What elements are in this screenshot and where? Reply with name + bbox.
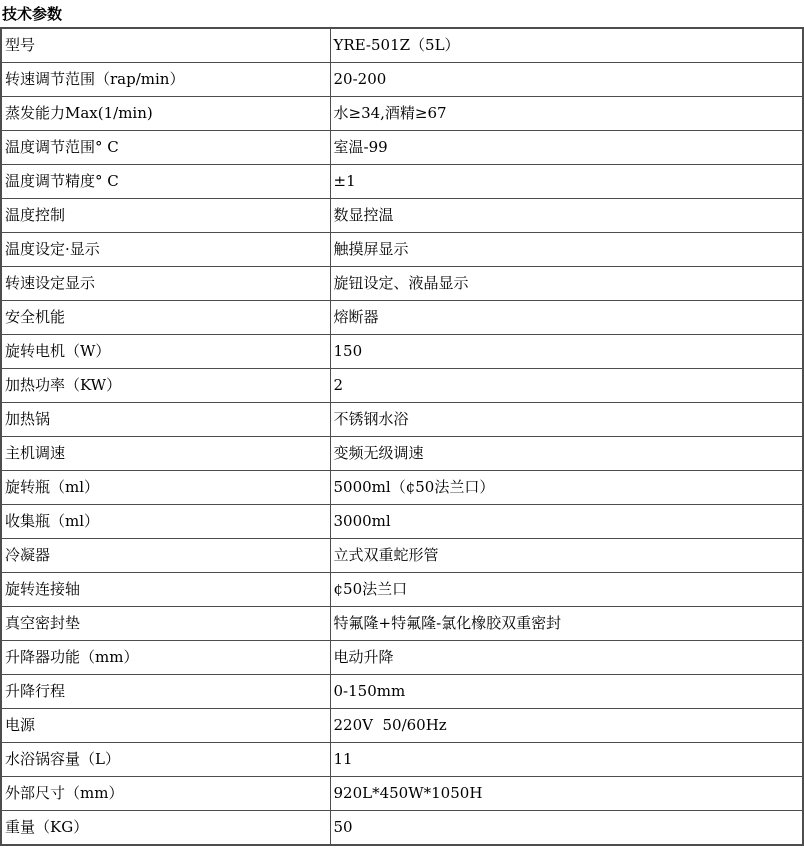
table-row: 转速设定显示旋钮设定、液晶显示 xyxy=(1,267,803,301)
table-row: 安全机能熔断器 xyxy=(1,301,803,335)
param-value: 触摸屏显示 xyxy=(330,233,803,267)
table-row: 蒸发能力Max(1/min)水≥34,酒精≥67 xyxy=(1,97,803,131)
param-label: 温度控制 xyxy=(1,199,330,233)
param-value: 旋钮设定、液晶显示 xyxy=(330,267,803,301)
table-row: 温度设定·显示触摸屏显示 xyxy=(1,233,803,267)
param-label: 温度调节范围° C xyxy=(1,131,330,165)
param-value: 变频无级调速 xyxy=(330,437,803,471)
table-row: 转速调节范围（rap/min）20-200 xyxy=(1,63,803,97)
param-value: 20-200 xyxy=(330,63,803,97)
param-value: 电动升降 xyxy=(330,641,803,675)
table-row: 主机调速变频无级调速 xyxy=(1,437,803,471)
param-label: 旋转连接轴 xyxy=(1,573,330,607)
param-value: 0-150mm xyxy=(330,675,803,709)
param-label: 温度设定·显示 xyxy=(1,233,330,267)
table-row: 真空密封垫特氟隆+特氟隆-氯化橡胶双重密封 xyxy=(1,607,803,641)
table-row: 旋转电机（W）150 xyxy=(1,335,803,369)
table-row: 旋转连接轴¢50法兰口 xyxy=(1,573,803,607)
page-title: 技术参数 xyxy=(2,5,804,23)
param-value: 220V 50/60Hz xyxy=(330,709,803,743)
param-label: 重量（KG） xyxy=(1,811,330,846)
param-value: 不锈钢水浴 xyxy=(330,403,803,437)
table-row: 旋转瓶（ml）5000ml（¢50法兰口） xyxy=(1,471,803,505)
table-row: 温度调节精度° C±1 xyxy=(1,165,803,199)
spec-table: 型号YRE-501Z（5L）转速调节范围（rap/min）20-200蒸发能力M… xyxy=(0,27,804,846)
param-value: 立式双重蛇形管 xyxy=(330,539,803,573)
table-row: 电源220V 50/60Hz xyxy=(1,709,803,743)
param-label: 电源 xyxy=(1,709,330,743)
table-row: 重量（KG）50 xyxy=(1,811,803,846)
param-value: 3000ml xyxy=(330,505,803,539)
param-label: 转速设定显示 xyxy=(1,267,330,301)
param-label: 水浴锅容量（L） xyxy=(1,743,330,777)
param-label: 温度调节精度° C xyxy=(1,165,330,199)
table-row: 加热锅不锈钢水浴 xyxy=(1,403,803,437)
param-label: 转速调节范围（rap/min） xyxy=(1,63,330,97)
table-row: 加热功率（KW）2 xyxy=(1,369,803,403)
param-label: 旋转瓶（ml） xyxy=(1,471,330,505)
param-label: 加热锅 xyxy=(1,403,330,437)
param-value: ¢50法兰口 xyxy=(330,573,803,607)
param-label: 主机调速 xyxy=(1,437,330,471)
param-value: 室温-99 xyxy=(330,131,803,165)
table-row: 收集瓶（ml）3000ml xyxy=(1,505,803,539)
table-row: 冷凝器立式双重蛇形管 xyxy=(1,539,803,573)
param-value: 50 xyxy=(330,811,803,846)
param-value: 特氟隆+特氟隆-氯化橡胶双重密封 xyxy=(330,607,803,641)
param-label: 升降行程 xyxy=(1,675,330,709)
table-row: 温度调节范围° C室温-99 xyxy=(1,131,803,165)
param-label: 蒸发能力Max(1/min) xyxy=(1,97,330,131)
param-label: 升降器功能（mm） xyxy=(1,641,330,675)
param-label: 加热功率（KW） xyxy=(1,369,330,403)
param-value: YRE-501Z（5L） xyxy=(330,28,803,63)
param-label: 型号 xyxy=(1,28,330,63)
param-label: 真空密封垫 xyxy=(1,607,330,641)
param-label: 外部尺寸（mm） xyxy=(1,777,330,811)
param-value: 水≥34,酒精≥67 xyxy=(330,97,803,131)
param-value: 5000ml（¢50法兰口） xyxy=(330,471,803,505)
param-value: 920L*450W*1050H xyxy=(330,777,803,811)
table-row: 温度控制数显控温 xyxy=(1,199,803,233)
param-value: 150 xyxy=(330,335,803,369)
param-value: 熔断器 xyxy=(330,301,803,335)
table-row: 水浴锅容量（L）11 xyxy=(1,743,803,777)
param-value: ±1 xyxy=(330,165,803,199)
param-value: 11 xyxy=(330,743,803,777)
param-label: 安全机能 xyxy=(1,301,330,335)
param-value: 2 xyxy=(330,369,803,403)
table-row: 型号YRE-501Z（5L） xyxy=(1,28,803,63)
param-label: 旋转电机（W） xyxy=(1,335,330,369)
table-row: 升降器功能（mm）电动升降 xyxy=(1,641,803,675)
spec-table-body: 型号YRE-501Z（5L）转速调节范围（rap/min）20-200蒸发能力M… xyxy=(1,28,803,845)
table-row: 外部尺寸（mm）920L*450W*1050H xyxy=(1,777,803,811)
table-row: 升降行程0-150mm xyxy=(1,675,803,709)
param-label: 冷凝器 xyxy=(1,539,330,573)
param-label: 收集瓶（ml） xyxy=(1,505,330,539)
param-value: 数显控温 xyxy=(330,199,803,233)
